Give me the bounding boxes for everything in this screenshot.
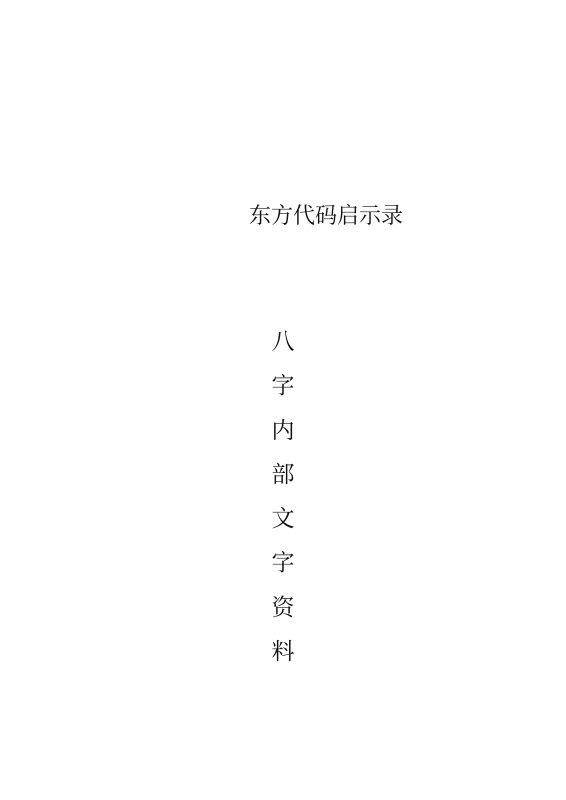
subtitle-char: 字 xyxy=(272,373,295,399)
subtitle-char: 八 xyxy=(272,329,295,355)
subtitle-char: 文 xyxy=(272,506,295,532)
vertical-subtitle: 八 字 内 部 文 字 资 料 xyxy=(270,329,296,683)
document-page: 东方代码启示录 八 字 内 部 文 字 资 料 xyxy=(0,0,566,800)
subtitle-char: 字 xyxy=(272,550,295,576)
subtitle-char: 资 xyxy=(272,595,295,621)
subtitle-char: 部 xyxy=(272,462,295,488)
subtitle-char: 内 xyxy=(272,418,295,444)
subtitle-char: 料 xyxy=(272,639,295,665)
document-title: 东方代码启示录 xyxy=(249,203,403,231)
